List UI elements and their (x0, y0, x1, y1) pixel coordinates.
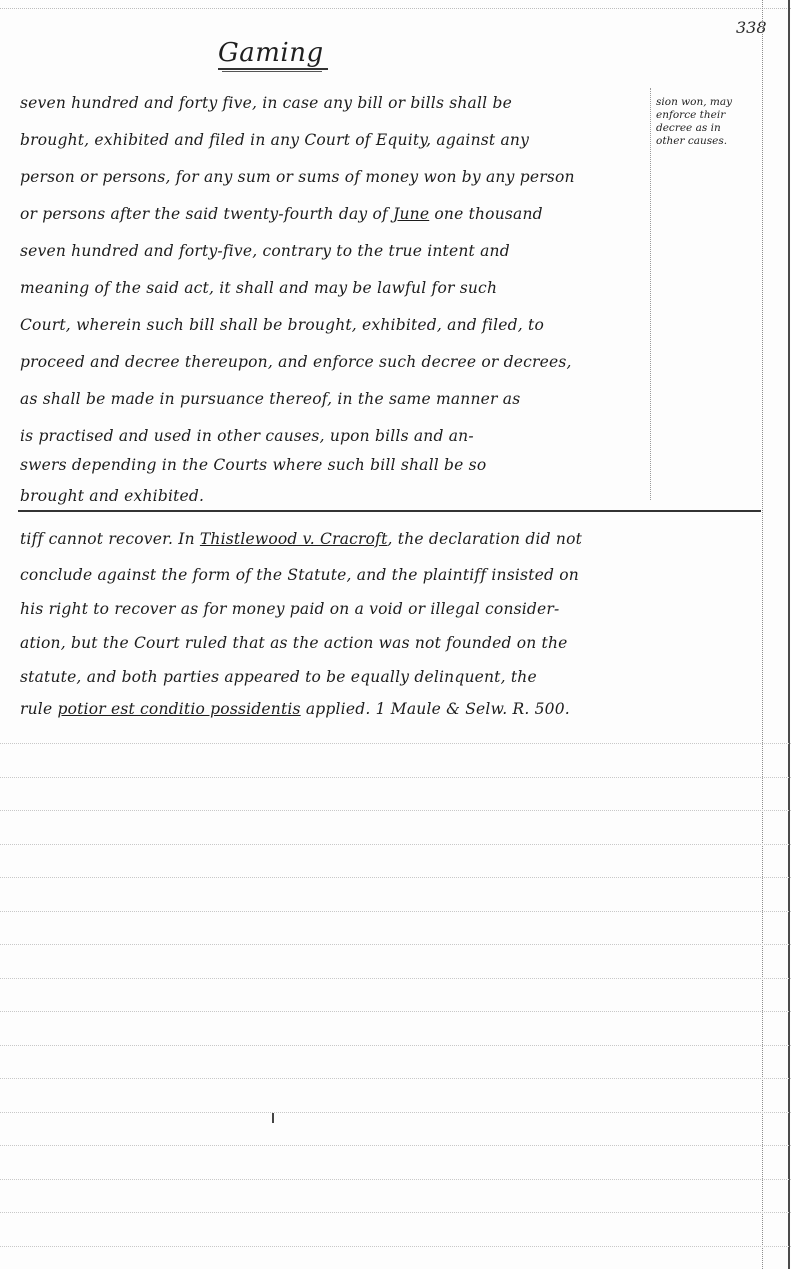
section-separator (18, 510, 761, 512)
margin-note-line: sion won, may (656, 96, 762, 109)
lower-text-line: tiff cannot recover. In Thistlewood v. C… (20, 530, 760, 548)
ruled-line (0, 1011, 791, 1012)
underlined-text: Thistlewood v. Cracroft (200, 530, 388, 548)
title-underline (218, 68, 328, 70)
margin-note-divider (650, 88, 651, 500)
ruled-line (0, 1045, 791, 1046)
main-text-line: as shall be made in pursuance thereof, i… (20, 390, 648, 408)
ruled-line (0, 978, 791, 979)
underlined-text: potior est conditio possidentis (57, 700, 300, 718)
stray-ink-mark (272, 1113, 274, 1123)
lower-text-line: his right to recover as for money paid o… (20, 600, 760, 618)
ruled-line (0, 1145, 791, 1146)
margin-note: sion won, may enforce their decree as in… (656, 96, 762, 148)
main-text-line: swers depending in the Courts where such… (20, 456, 648, 474)
margin-note-line: enforce their (656, 109, 762, 122)
ruled-line (0, 777, 791, 778)
title-underline-second (222, 71, 322, 72)
page-title: Gaming (218, 38, 324, 68)
main-text-line: brought and exhibited. (20, 487, 648, 505)
main-text-line: is practised and used in other causes, u… (20, 427, 648, 445)
main-text-line: person or persons, for any sum or sums o… (20, 168, 648, 186)
lower-text-line: rule potior est conditio possidentis app… (20, 700, 760, 718)
lower-text-line: conclude against the form of the Statute… (20, 566, 760, 584)
main-text-line-part: or persons after the said twenty-fourth … (20, 205, 543, 223)
lower-text-line: ation, but the Court ruled that as the a… (20, 634, 760, 652)
main-text-line: meaning of the said act, it shall and ma… (20, 279, 648, 297)
ruled-line (0, 877, 791, 878)
ruled-line (0, 944, 791, 945)
manuscript-page: 338 Gaming seven hundred and forty five,… (0, 0, 791, 1269)
lower-text-line: statute, and both parties appeared to be… (20, 668, 760, 686)
ruled-line (0, 1179, 791, 1180)
ruled-line (0, 1112, 791, 1113)
ruled-line (0, 1212, 791, 1213)
margin-note-line: other causes. (656, 135, 762, 148)
ruled-line (0, 743, 791, 744)
ruled-line (0, 1246, 791, 1247)
main-text-line: brought, exhibited and filed in any Cour… (20, 131, 648, 149)
main-text-line: or persons after the said twenty-fourth … (20, 205, 648, 223)
main-text-line: Court, wherein such bill shall be brough… (20, 316, 648, 334)
main-text-line: seven hundred and forty-five, contrary t… (20, 242, 648, 260)
top-ruled-line (0, 8, 791, 9)
underlined-text: June (393, 205, 429, 223)
ruled-line (0, 911, 791, 912)
ruled-line (0, 1078, 791, 1079)
ruled-line (0, 810, 791, 811)
ruled-line (0, 844, 791, 845)
margin-note-line: decree as in (656, 122, 762, 135)
main-text-line: proceed and decree thereupon, and enforc… (20, 353, 648, 371)
main-text-line: seven hundred and forty five, in case an… (20, 94, 648, 112)
